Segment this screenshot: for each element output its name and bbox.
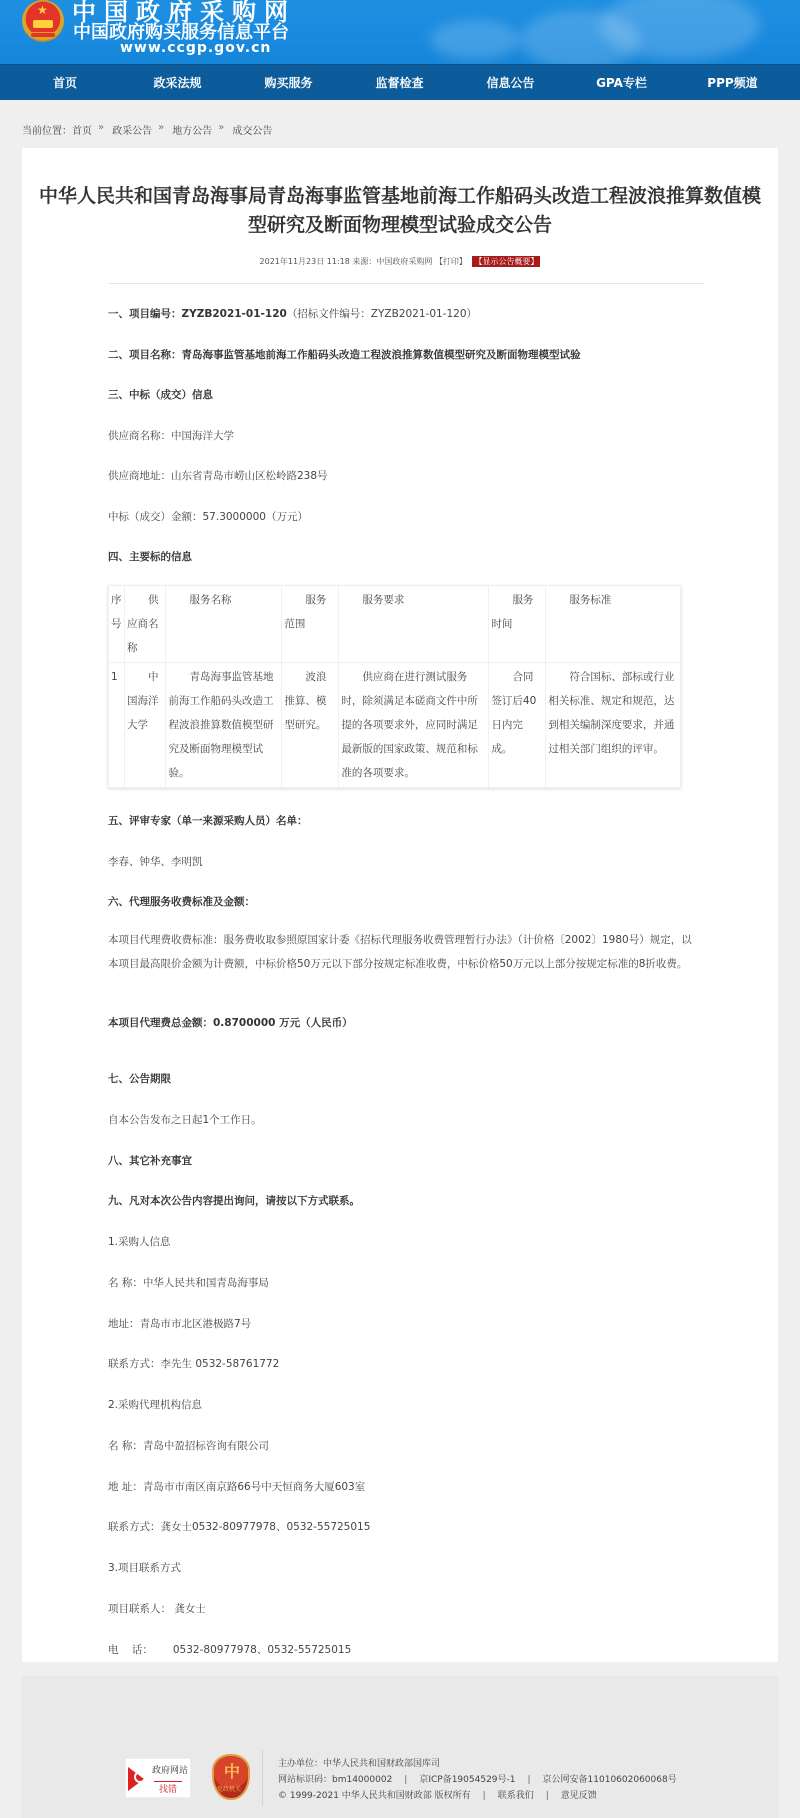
cell-standard: 符合国标、部标或行业相关标准、规定和规范，达到相关编制深度要求，并通过相关部门组… xyxy=(546,663,681,788)
nav-item-announcements[interactable]: 信息公告 xyxy=(455,74,566,91)
site-footer: 政府网站 找错 中 党政机关 主办单位：中华人民共和国财政部国库司 网站标识码：… xyxy=(22,1676,778,1818)
fee-standard: 本项目代理费收费标准：服务费收取参照原国家计委《招标代理服务收费管理暂行办法》（… xyxy=(108,928,698,976)
contact-us-link[interactable]: 联系我们 xyxy=(498,1791,534,1801)
national-emblem-icon[interactable]: ★ xyxy=(22,0,64,42)
nav-item-gpa[interactable]: GPA专栏 xyxy=(566,74,677,91)
nav-item-supervision[interactable]: 监督检查 xyxy=(344,74,455,91)
magnifier-icon xyxy=(134,1771,146,1783)
breadcrumb-prefix: 当前位置： xyxy=(22,122,72,137)
main-items-table: 序号 供应商名称 服务名称 服务范围 服务要求 服务时间 服务标准 1 中国海洋… xyxy=(108,585,681,788)
article-title: 中华人民共和国青岛海事局青岛海事监管基地前海工作船码头改造工程波浪推算数值模型研… xyxy=(22,182,778,240)
breadcrumb-separator: » xyxy=(218,122,224,137)
footer-host: 主办单位：中华人民共和国财政部国库司 xyxy=(278,1756,677,1772)
purchaser-address: 地址：青岛市市北区港极路7号 xyxy=(108,1316,251,1331)
cell-supplier: 中国海洋大学 xyxy=(125,663,166,788)
footer-registration: 网站标识码：bm14000002|京ICP备19054529号-1|京公网安备1… xyxy=(278,1772,677,1788)
table-header-row: 序号 供应商名称 服务名称 服务范围 服务要求 服务时间 服务标准 xyxy=(109,586,681,663)
divider xyxy=(109,283,704,284)
icp-link[interactable]: 京ICP备19054529号-1 xyxy=(419,1775,515,1785)
footer-info: 主办单位：中华人民共和国财政部国库司 网站标识码：bm14000002|京ICP… xyxy=(278,1756,677,1804)
agency-address: 地 址：青岛市市南区南京路66号中天恒商务大厦603室 xyxy=(108,1479,365,1494)
gov-website-error-report-badge[interactable]: 政府网站 找错 xyxy=(125,1758,191,1798)
cell-service-name: 青岛海事监管基地前海工作船码头改造工程波浪推算数值模型研究及断面物理模型试验。 xyxy=(166,663,282,788)
announcement-period: 自本公告发布之日起1个工作日。 xyxy=(108,1112,262,1127)
breadcrumb-separator: » xyxy=(158,122,164,137)
feedback-link[interactable]: 意见反馈 xyxy=(561,1791,597,1801)
section-project-name: 二、项目名称：青岛海事监管基地前海工作船码头改造工程波浪推算数值模型研究及断面物… xyxy=(108,347,581,362)
section-project-number: 一、项目编号：ZYZB2021-01-120（招标文件编号：ZYZB2021-0… xyxy=(108,306,477,321)
copyright: © 1999-2021 中华人民共和国财政部 版权所有 xyxy=(278,1791,471,1801)
article-meta: 2021年11月23日 11:18 来源：中国政府采购网 【打印】 【显示公告概… xyxy=(22,256,778,267)
purchaser-info-title: 1.采购人信息 xyxy=(108,1234,171,1249)
breadcrumb: 当前位置： 首页 » 政采公告 » 地方公告 » 成交公告 xyxy=(22,122,278,137)
experts-list: 李春、钟华、李明凯 xyxy=(108,854,203,869)
project-contact-phone: 电 话： 0532-80977978、0532-55725015 xyxy=(108,1642,351,1657)
agency-info-title: 2.采购代理机构信息 xyxy=(108,1397,202,1412)
cell-scope: 波浪推算、模型研究。 xyxy=(282,663,339,788)
cell-no: 1 xyxy=(109,663,125,788)
purchaser-contact: 联系方式：李先生 0532-58761772 xyxy=(108,1356,279,1371)
main-nav: 首页 政采法规 购买服务 监督检查 信息公告 GPA专栏 PPP频道 xyxy=(0,64,800,100)
footer-divider xyxy=(262,1750,263,1806)
nav-item-ppp[interactable]: PPP频道 xyxy=(677,74,788,91)
agency-name: 名 称：青岛中盈招标咨询有限公司 xyxy=(108,1438,269,1453)
section-period-heading: 七、公告期限 xyxy=(108,1071,171,1086)
agency-contact: 联系方式：龚女士0532-80977978、0532-55725015 xyxy=(108,1519,370,1534)
print-link[interactable]: 【打印】 xyxy=(435,257,467,266)
table-header-no: 序号 xyxy=(109,586,125,663)
publish-date: 2021年11月23日 11:18 xyxy=(260,257,350,266)
breadcrumb-local-announcements[interactable]: 地方公告 xyxy=(172,122,212,137)
police-record-link[interactable]: 京公网安备11010602060068号 xyxy=(543,1775,677,1785)
table-header-service-name: 服务名称 xyxy=(166,586,282,663)
table-header-supplier: 供应商名称 xyxy=(125,586,166,663)
breadcrumb-separator: » xyxy=(98,122,104,137)
show-summary-button[interactable]: 【显示公告概要】 xyxy=(472,256,540,267)
nav-item-home[interactable]: 首页 xyxy=(8,74,122,91)
project-contact-title: 3.项目联系方式 xyxy=(108,1560,181,1575)
table-header-standard: 服务标准 xyxy=(546,586,681,663)
cell-requirement: 供应商在进行测试服务时，除须满足本磋商文件中所提的各项要求外，应同时满足最新版的… xyxy=(339,663,489,788)
table-header-time: 服务时间 xyxy=(489,586,546,663)
site-url: www.ccgp.gov.cn xyxy=(120,40,271,56)
footer-copyright-row: © 1999-2021 中华人民共和国财政部 版权所有|联系我们|意见反馈 xyxy=(278,1788,677,1804)
article-source: 来源：中国政府采购网 xyxy=(352,257,432,266)
supplier-name: 供应商名称：中国海洋大学 xyxy=(108,428,234,443)
page: ★ 中国政府采购网 中国政府购买服务信息平台 www.ccgp.gov.cn 首… xyxy=(0,0,800,1818)
table-header-scope: 服务范围 xyxy=(282,586,339,663)
table-header-requirement: 服务要求 xyxy=(339,586,489,663)
purchaser-name: 名 称：中华人民共和国青岛海事局 xyxy=(108,1275,269,1290)
nav-item-purchase-services[interactable]: 购买服务 xyxy=(233,74,344,91)
fee-total: 本项目代理费总金额：0.8700000 万元（人民币） xyxy=(108,1015,353,1030)
supplier-address: 供应商地址：山东省青岛市崂山区松岭路238号 xyxy=(108,468,328,483)
breadcrumb-procurement-announcements[interactable]: 政采公告 xyxy=(112,122,152,137)
table-row: 1 中国海洋大学 青岛海事监管基地前海工作船码头改造工程波浪推算数值模型研究及断… xyxy=(109,663,681,788)
project-contact-person: 项目联系人： 龚女士 xyxy=(108,1601,206,1616)
section-fee-heading: 六、代理服务收费标准及金额： xyxy=(108,894,255,909)
section-contact-heading: 九、凡对本次公告内容提出询问，请按以下方式联系。 xyxy=(108,1193,360,1208)
cell-time: 合同签订后40日内完成。 xyxy=(489,663,546,788)
party-government-badge-icon[interactable]: 中 党政机关 xyxy=(212,1754,250,1800)
section-experts-heading: 五、评审专家（单一来源采购人员）名单： xyxy=(108,813,308,828)
section-main-items-heading: 四、主要标的信息 xyxy=(108,549,192,564)
breadcrumb-home[interactable]: 首页 xyxy=(72,122,92,137)
site-id: 网站标识码：bm14000002 xyxy=(278,1775,392,1785)
site-banner: ★ 中国政府采购网 中国政府购买服务信息平台 www.ccgp.gov.cn xyxy=(0,0,800,64)
section-award-info-heading: 三、中标（成交）信息 xyxy=(108,387,213,402)
bid-amount: 中标（成交）金额：57.3000000（万元） xyxy=(108,509,308,524)
nav-item-regulations[interactable]: 政采法规 xyxy=(122,74,233,91)
breadcrumb-deal-announcements[interactable]: 成交公告 xyxy=(232,122,272,137)
section-other-heading: 八、其它补充事宜 xyxy=(108,1153,192,1168)
